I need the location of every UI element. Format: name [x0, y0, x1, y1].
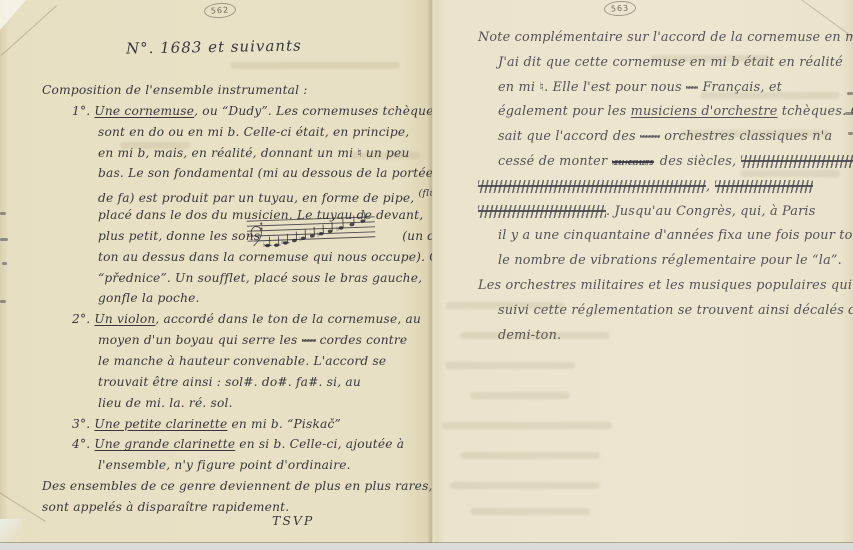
scribbled-out-text	[715, 180, 813, 193]
handwritten-text: sont appelés à disparaître rapidement.	[42, 500, 289, 514]
manuscript-line: le manche à hauteur convenable. L'accord…	[98, 351, 424, 372]
handwritten-text: en mi ♮. Elle l'est pour nous	[498, 80, 686, 95]
svg-text:♭: ♭	[299, 235, 303, 243]
handwritten-text: lieu de mi. la. ré. sol.	[98, 396, 233, 410]
left-page: 562 N°. 1683 et suivants Composition de …	[0, 0, 432, 543]
page-edge-mark	[2, 262, 7, 265]
handwritten-text: il y a une cinquantaine d'années fixa un…	[498, 228, 853, 243]
musical-staff-sketch: ♭♭ ♭♭♭	[244, 209, 377, 250]
handwritten-text: moyen d'un boyau qui serre les	[98, 333, 302, 347]
page-number-stamp: 563	[604, 0, 637, 17]
handwritten-text: sait que l'accord des	[498, 129, 640, 144]
handwritten-text: trouvait être ainsi : sol#. do#. fa#. si…	[98, 375, 361, 389]
handwritten-text: l'ensemble, n'y figure point d'ordinaire…	[98, 458, 351, 472]
bleed-through-mark	[470, 508, 590, 515]
manuscript-line: l'ensemble, n'y figure point d'ordinaire…	[98, 455, 424, 476]
bleed-through-mark	[350, 152, 420, 159]
bleed-through-mark	[120, 142, 190, 149]
handwritten-text: en mi b. “Piskač”	[227, 417, 341, 431]
scribbled-out-text	[478, 205, 606, 218]
manuscript-line: gonfle la poche.	[98, 288, 424, 309]
manuscript-line: 1°. Une cornemuse, ou “Dudy”. Les cornem…	[72, 101, 424, 122]
handwritten-text: en si b. Celle-ci, ajoutée à	[235, 437, 404, 451]
svg-text:♭: ♭	[317, 231, 321, 239]
handwritten-text: tchèques. On	[778, 104, 853, 119]
underlined-text: Une petite clarinette	[94, 417, 227, 431]
handwritten-text: cessé de monter	[498, 154, 612, 169]
page-edge-mark	[0, 238, 8, 241]
bleed-through-mark	[450, 482, 600, 489]
manuscript-line: également pour les musiciens d'orchestre…	[498, 100, 850, 125]
handwritten-text: sont en do ou en mi b. Celle-ci était, e…	[98, 125, 409, 139]
bleed-through-mark	[460, 452, 600, 459]
handwritten-text: Composition de l'ensemble instrumental :	[42, 83, 308, 97]
struck-out-word	[640, 131, 660, 142]
right-page: 563 Note complémentaire sur l'accord de …	[432, 0, 853, 543]
page-edge-mark	[847, 92, 853, 95]
manuscript-line: de fa) est produit par un tuyau, en form…	[98, 184, 424, 205]
bleed-through-mark	[680, 130, 830, 137]
scribbled-out-text	[741, 155, 853, 168]
bleed-through-mark	[230, 62, 400, 69]
struck-out-word	[302, 335, 316, 346]
corner-fold	[0, 0, 26, 30]
underlined-text: musiciens d'orchestre	[631, 104, 778, 119]
handwritten-text: 1°.	[72, 104, 94, 118]
page-gutter	[427, 0, 437, 543]
svg-text:♭: ♭	[262, 241, 266, 249]
bleed-through-mark	[460, 332, 610, 339]
manuscript-line: le nombre de vibrations réglementaire po…	[498, 249, 850, 274]
handwritten-text: également pour les	[498, 104, 631, 119]
underlined-text: Une grande clarinette	[94, 437, 235, 451]
handwritten-text: le nombre de vibrations réglementaire po…	[498, 253, 842, 268]
manuscript-line: ton au dessus dans la cornemuse qui nous…	[98, 247, 424, 268]
handwritten-text: Des ensembles de ce genre deviennent de …	[42, 479, 449, 493]
manuscript-line: lieu de mi. la. ré. sol.	[98, 393, 424, 414]
handwritten-text: “přednice”. Un soufflet, placé sous le b…	[98, 271, 422, 285]
handwritten-text: de fa) est produit par un tuyau, en form…	[98, 191, 418, 205]
manuscript-scan: 562 N°. 1683 et suivants Composition de …	[0, 0, 853, 550]
manuscript-line: sont appelés à disparaître rapidement.	[42, 497, 424, 518]
manuscript-line: “přednice”. Un soufflet, placé sous le b…	[98, 268, 424, 289]
underlined-text: Une cornemuse	[94, 104, 194, 118]
scanner-bed	[0, 543, 853, 550]
svg-text:♭: ♭	[336, 225, 340, 233]
manuscript-line: 2°. Un violon, accordé dans le ton de la…	[72, 309, 424, 330]
page-edge-mark	[0, 300, 6, 303]
manuscript-line: bas. Le son fondamental (mi au dessous d…	[98, 163, 424, 184]
manuscript-line: Les orchestres militaires et les musique…	[478, 274, 850, 299]
handwritten-text: bas. Le son fondamental (mi au dessous d…	[98, 166, 479, 180]
manuscript-line: . Jusqu'au Congrès, qui, à Paris	[478, 200, 850, 225]
handwritten-text: gonfle la poche.	[98, 291, 200, 305]
handwritten-text: Note complémentaire sur l'accord de la c…	[478, 30, 853, 45]
scribbled-out-text	[478, 180, 706, 193]
right-page-text: Note complémentaire sur l'accord de la c…	[478, 26, 850, 348]
bleed-through-mark	[445, 362, 575, 369]
left-page-text: Composition de l'ensemble instrumental :…	[42, 80, 424, 518]
manuscript-line: trouvait être ainsi : sol#. do#. fa#. si…	[98, 372, 424, 393]
bleed-through-mark	[740, 170, 840, 177]
inserted-correction: au cours	[612, 159, 656, 168]
manuscript-line: Composition de l'ensemble instrumental :	[42, 80, 424, 101]
handwritten-text: , accordé dans le ton de la cornemuse, a…	[155, 312, 421, 326]
handwritten-text: plus petit, donne les sons	[98, 229, 260, 243]
bleed-through-mark	[650, 55, 770, 62]
handwritten-text: 3°.	[72, 417, 94, 431]
bleed-through-mark	[700, 92, 840, 99]
handwritten-text: cordes contre	[316, 333, 408, 347]
manuscript-line: 4°. Une grande clarinette en si b. Celle…	[72, 434, 424, 455]
struck-out-word	[686, 82, 698, 93]
handwritten-text: des siècles,	[656, 154, 741, 169]
manuscript-line: Des ensembles de ce genre deviennent de …	[42, 476, 424, 497]
paper-crease	[0, 489, 46, 522]
manuscript-line: Note complémentaire sur l'accord de la c…	[478, 26, 850, 51]
page-edge-mark	[845, 112, 853, 115]
manuscript-line: sont en do ou en mi b. Celle-ci était, e…	[98, 122, 424, 143]
bleed-through-mark	[442, 422, 612, 429]
handwritten-text: 4°.	[72, 437, 94, 451]
manuscript-line: sait que l'accord des orchestres classiq…	[498, 125, 850, 150]
manuscript-line: ,	[478, 175, 850, 200]
handwritten-text: , ou “Dudy”. Les cornemuses tchèques	[194, 104, 440, 118]
manuscript-line: il y a une cinquantaine d'années fixa un…	[498, 224, 850, 249]
handwritten-text: 2°.	[72, 312, 94, 326]
page-edge-mark	[848, 132, 853, 135]
bleed-through-mark	[445, 302, 565, 309]
handwritten-text: ,	[706, 179, 715, 194]
document-title: N°. 1683 et suivants	[126, 36, 302, 57]
handwritten-text: Les orchestres militaires et les musique…	[478, 278, 853, 293]
tsvp-note: TSVP	[272, 513, 314, 528]
page-edge-mark	[0, 212, 6, 215]
manuscript-line: 3°. Une petite clarinette en mi b. “Pisk…	[72, 414, 424, 435]
paper-corner	[0, 519, 22, 543]
page-number-stamp: 562	[204, 2, 237, 19]
svg-text:♭: ♭	[281, 238, 285, 246]
handwritten-text: . Jusqu'au Congrès, qui, à Paris	[606, 204, 816, 219]
manuscript-line: moyen d'un boyau qui serre les cordes co…	[98, 330, 424, 351]
underlined-text: Un violon	[94, 312, 155, 326]
handwritten-text: le manche à hauteur convenable. L'accord…	[98, 354, 386, 368]
bleed-through-mark	[470, 392, 570, 399]
